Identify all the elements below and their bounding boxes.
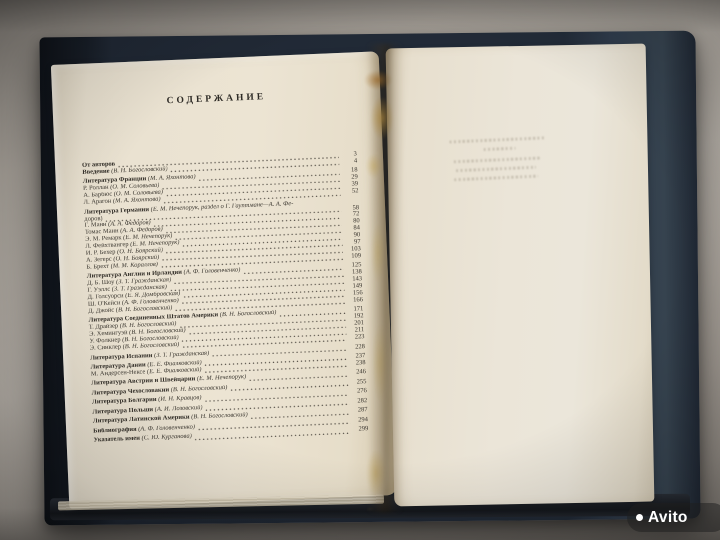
toc-entry-author: (В. Н. Богословский): [123, 342, 180, 350]
toc-entry-author: (А. Ф. Головенченко): [138, 424, 195, 432]
toc-list: От авторов3Введение (В. Н. Богословский)…: [82, 151, 369, 445]
bleedthrough-line: [454, 175, 538, 181]
toc-entry-title: Г. Манн: [85, 221, 107, 229]
toc-entry-title: Библиография: [93, 426, 137, 435]
toc-entry-author: (Е. М. Нечепорук): [130, 240, 180, 248]
toc-entry-author: (В. Н. Богословский): [116, 305, 173, 313]
toc-dot-leader: [195, 429, 351, 441]
toc-entry-author: (Е. Е. Фиалковский): [147, 367, 202, 375]
contents-title: СОДЕРЖАНИЕ: [52, 87, 380, 111]
toc-entry-title: И. Р. Бехер: [86, 249, 116, 257]
toc-entry-title: Литература Болгарии: [92, 396, 157, 406]
toc-entry-author: (В. Н. Богословский): [220, 310, 277, 318]
toc-entry-title: Литература Германии: [84, 206, 149, 216]
toc-entry-author: (В. Н. Богословский): [111, 166, 168, 174]
toc-entry-author: (А. И. Лозовский): [155, 405, 203, 413]
toc-entry-title: Указатель имен: [94, 435, 141, 444]
bleedthrough-line: [484, 147, 516, 151]
toc-entry-author: (М. А. Яхонтова): [148, 175, 196, 183]
avito-watermark: Avito: [627, 503, 720, 532]
avito-watermark-label: Avito: [648, 509, 688, 527]
blank-right-page: [386, 44, 655, 507]
toc-entry-title: Т. Драйзер: [89, 323, 119, 331]
toc-entry-title: Г. Уэллс: [87, 286, 110, 294]
bleedthrough-line: [454, 157, 540, 163]
bleedthrough-line: [456, 166, 536, 172]
toc-entry-label: Указатель имен (С. Ю. Курганова): [94, 434, 192, 445]
toc-entry-title: Р. Роллан: [83, 184, 109, 192]
toc-entry-author: (С. Ю. Курганова): [141, 434, 191, 442]
toc-entry-title: Э. Синклер: [90, 343, 122, 351]
toc-entry-author: (И. Н. Кравцов): [158, 395, 202, 403]
toc-entry-author: (М. М. Кораллов): [111, 262, 159, 270]
toc-entry-title: Введение: [82, 168, 109, 176]
toc-entry-title: У. Фолкнер: [89, 337, 120, 345]
toc-entry-author: (Е. М. Нечепорук): [197, 375, 247, 383]
toc-entry-title: Литература Польши: [92, 406, 153, 416]
avito-logo-dot-icon: [636, 514, 643, 521]
toc-entry-title: Литература Чехословакии: [92, 386, 170, 396]
toc-entry-title: Д. Джойс: [88, 307, 114, 315]
toc-entry-title: Б. Брехт: [86, 263, 109, 271]
toc-entry-author: (В. Н. Богословский): [171, 385, 228, 393]
toc-entry-author: (В. Н. Богословский): [191, 413, 248, 421]
toc-entry-author: (З. Т. Гражданская): [154, 350, 209, 358]
toc-entry-title: А. Барбюс: [83, 191, 112, 199]
toc-entry-title: А. Зегерс: [86, 256, 112, 264]
toc-entry-title: Л. Арагон: [84, 198, 112, 206]
toc-entry-author: (А. Ф. Головенченко): [183, 268, 240, 276]
toc-entry-author: (М. А. Яхонтова): [113, 197, 161, 205]
bleedthrough-line: [449, 136, 545, 143]
book-gutter-shadow: [368, 44, 402, 512]
book-photo: СОДЕРЖАНИЕ От авторов3Введение (В. Н. Бо…: [0, 0, 720, 540]
toc-entry-title: Д. Б. Шоу: [87, 279, 115, 287]
toc-entry-title: Литература Испании: [90, 352, 153, 362]
